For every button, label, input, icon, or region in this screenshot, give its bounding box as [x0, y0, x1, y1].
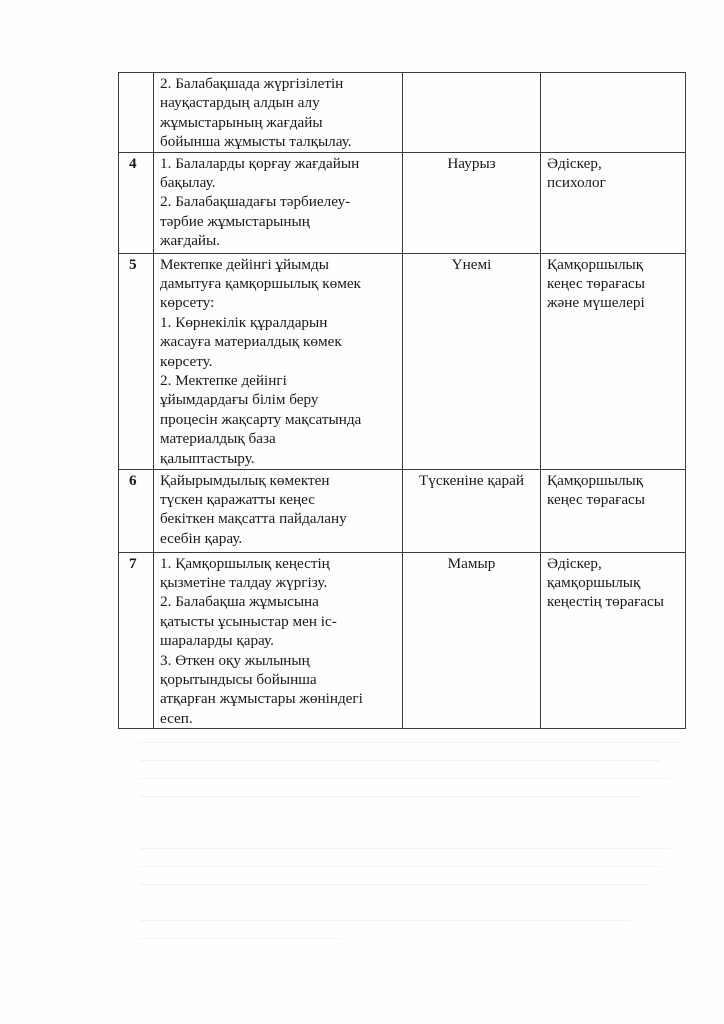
date-cell: Наурыз [403, 152, 541, 253]
text-line: 3. Өткен оқу жылының [160, 651, 396, 670]
text-line: кеңестің төрағасы [547, 592, 679, 611]
text-line: 1. Қамқоршылық кеңестің [160, 554, 396, 573]
show-through-line [140, 884, 650, 885]
text-line: Қамқоршылық [547, 255, 679, 274]
text-line: қорытындысы бойынша [160, 670, 396, 689]
text-line: науқастардың алдын алу [160, 93, 396, 112]
text-line: шараларды қарау. [160, 631, 396, 650]
text-line: жағдайы. [160, 231, 396, 250]
row-number: 5 [119, 253, 154, 469]
table-row: 4 1. Балаларды қорғау жағдайынбақылау.2.… [119, 152, 686, 253]
text-line: 2. Мектепке дейінгі [160, 371, 396, 390]
text-line: атқарған жұмыстары жөніндегі [160, 689, 396, 708]
table-row: 6 Қайырымдылық көмектентүскен қаражатты … [119, 469, 686, 552]
text-line: қызметіне талдау жүргізу. [160, 573, 396, 592]
text-line: жасауға материалдық көмек [160, 332, 396, 351]
text-line: Әдіскер, [547, 554, 679, 573]
work-plan-table: 2. Балабақшада жүргізілетіннауқастардың … [118, 72, 686, 729]
text-line: 2. Балабақшадағы тәрбиелеу- [160, 192, 396, 211]
show-through-line [140, 866, 660, 867]
text-line: кеңес төрағасы [547, 490, 679, 509]
text-line: және мүшелері [547, 293, 679, 312]
task-cell: Қайырымдылық көмектентүскен қаражатты ке… [154, 469, 403, 552]
responsible-cell: Әдіскер,қамқоршылықкеңестің төрағасы [541, 552, 686, 729]
text-line: Мектепке дейінгі ұйымды [160, 255, 396, 274]
text-line: қатысты ұсыныстар мен іс- [160, 612, 396, 631]
show-through-line [140, 848, 670, 849]
row-number: 6 [119, 469, 154, 552]
text-line: көрсету. [160, 352, 396, 371]
task-cell: 2. Балабақшада жүргізілетіннауқастардың … [154, 73, 403, 153]
text-line: Әдіскер, [547, 154, 679, 173]
text-line: бекіткен мақсатта пайдалану [160, 509, 396, 528]
show-through-line [140, 778, 670, 779]
row-number: 7 [119, 552, 154, 729]
text-line: дамытуға қамқоршылық көмек [160, 274, 396, 293]
table-row: 7 1. Қамқоршылық кеңестіңқызметіне талда… [119, 552, 686, 729]
show-through-line [140, 920, 630, 921]
text-line: есеп. [160, 709, 396, 728]
responsible-cell [541, 73, 686, 153]
text-line: ұйымдардағы білім беру [160, 390, 396, 409]
row-number [119, 73, 154, 153]
text-line: Қамқоршылық [547, 471, 679, 490]
date-cell: Үнемі [403, 253, 541, 469]
responsible-cell: Қамқоршылықкеңес төрағасыжәне мүшелері [541, 253, 686, 469]
text-line: қамқоршылық [547, 573, 679, 592]
scanned-page: 2. Балабақшада жүргізілетіннауқастардың … [0, 0, 724, 1024]
responsible-cell: Қамқоршылықкеңес төрағасы [541, 469, 686, 552]
task-cell: Мектепке дейінгі ұйымдыдамытуға қамқоршы… [154, 253, 403, 469]
show-through-line [140, 796, 640, 797]
date-cell [403, 73, 541, 153]
show-through-line [140, 938, 340, 939]
show-through-line [140, 742, 680, 743]
show-through-line [140, 760, 660, 761]
responsible-cell: Әдіскер,психолог [541, 152, 686, 253]
text-line: кеңес төрағасы [547, 274, 679, 293]
task-cell: 1. Қамқоршылық кеңестіңқызметіне талдау … [154, 552, 403, 729]
text-line: материалдық база [160, 429, 396, 448]
table-row: 2. Балабақшада жүргізілетіннауқастардың … [119, 73, 686, 153]
date-cell: Мамыр [403, 552, 541, 729]
text-line: есебін қарау. [160, 529, 396, 548]
text-line: жұмыстарының жағдайы [160, 113, 396, 132]
text-line: психолог [547, 173, 679, 192]
text-line: түскен қаражатты кеңес [160, 490, 396, 509]
text-line: 2. Балабақша жұмысына [160, 592, 396, 611]
task-cell: 1. Балаларды қорғау жағдайынбақылау.2. Б… [154, 152, 403, 253]
row-number: 4 [119, 152, 154, 253]
table-body: 2. Балабақшада жүргізілетіннауқастардың … [119, 73, 686, 729]
text-line: қалыптастыру. [160, 449, 396, 468]
text-line: көрсету: [160, 293, 396, 312]
table-row: 5 Мектепке дейінгі ұйымдыдамытуға қамқор… [119, 253, 686, 469]
text-line: процесін жақсарту мақсатында [160, 410, 396, 429]
text-line: бойынша жұмысты талқылау. [160, 132, 396, 151]
text-line: 1. Балаларды қорғау жағдайын [160, 154, 396, 173]
text-line: 2. Балабақшада жүргізілетін [160, 74, 396, 93]
text-line: 1. Көрнекілік құралдарын [160, 313, 396, 332]
text-line: тәрбие жұмыстарының [160, 212, 396, 231]
text-line: бақылау. [160, 173, 396, 192]
date-cell: Түскеніне қарай [403, 469, 541, 552]
text-line: Қайырымдылық көмектен [160, 471, 396, 490]
